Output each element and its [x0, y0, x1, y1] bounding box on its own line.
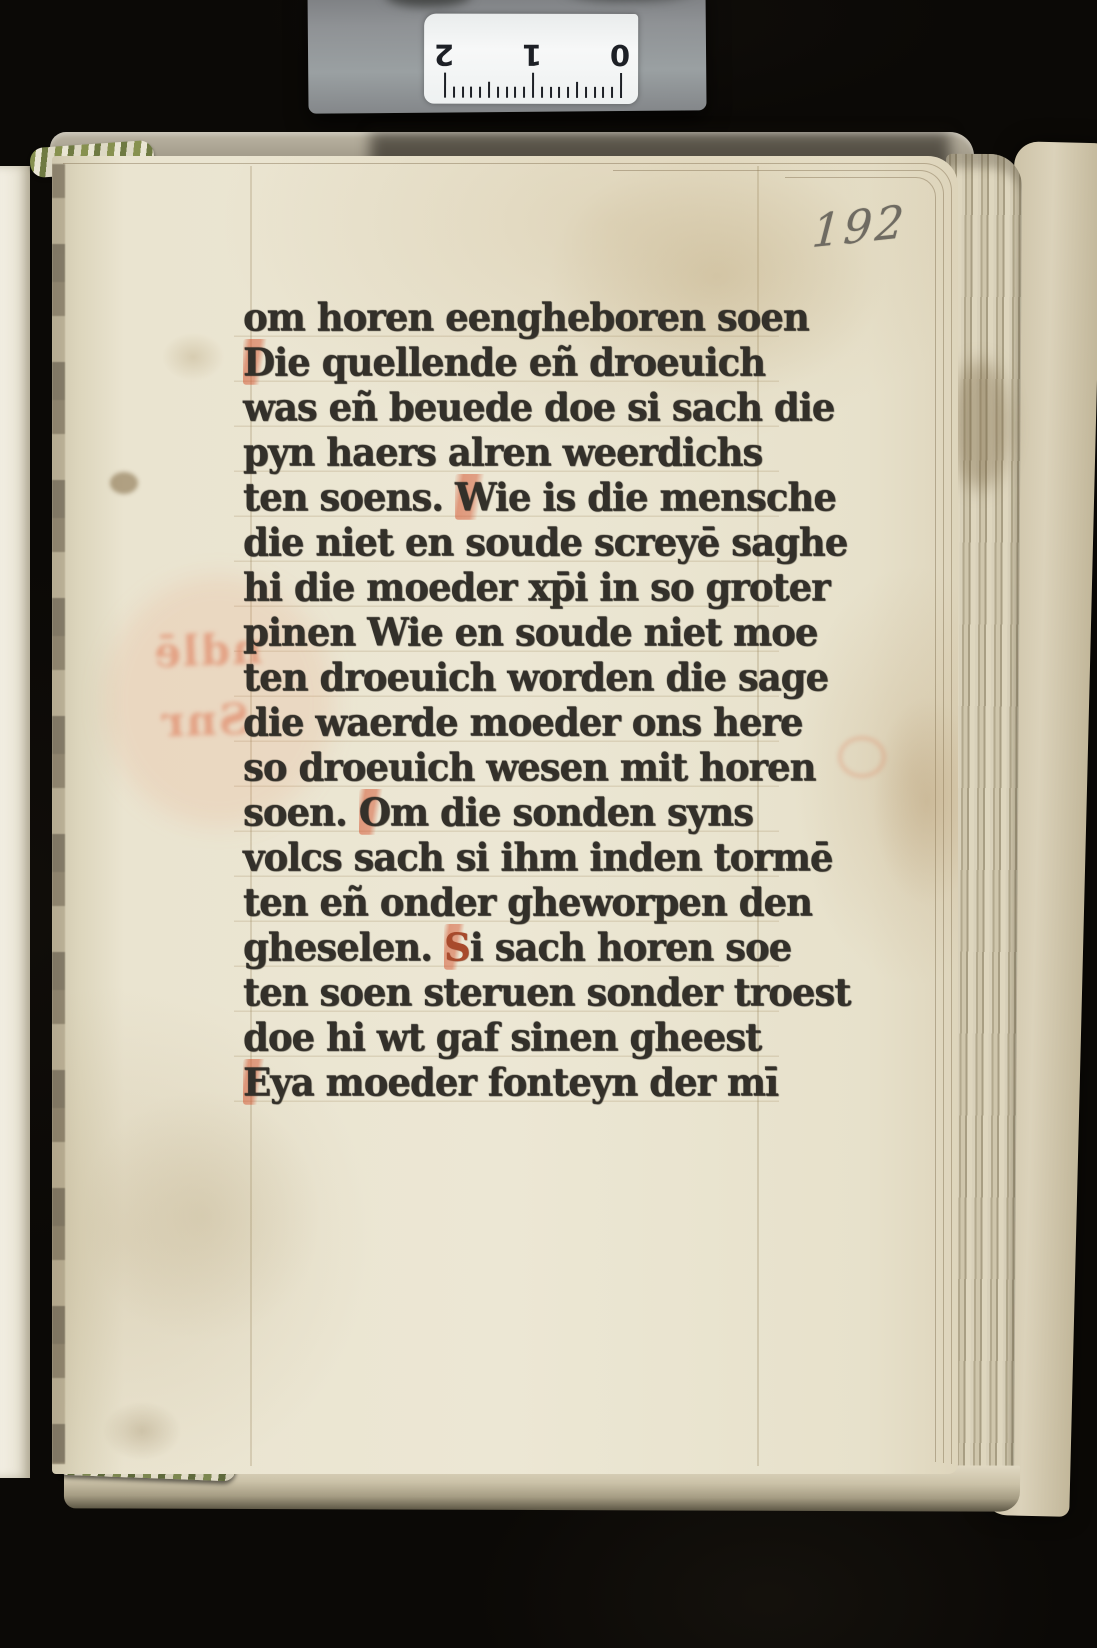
- pencil-folio-number: 192: [810, 195, 908, 259]
- ruler-number: 1: [522, 38, 542, 72]
- ruler-tick: [462, 87, 464, 98]
- ruler-tick: [611, 87, 613, 98]
- manuscript-line: so droeuich wesen mit horen: [243, 744, 783, 791]
- manuscript-line: ten eñ onder gheworpen den: [243, 879, 783, 926]
- line-text: gheselen.: [243, 924, 444, 970]
- card-shadow-smudge: [385, 0, 471, 7]
- ruler-tick: [444, 73, 446, 98]
- line-text: ie quellende eñ droeuich: [274, 339, 765, 385]
- ruler-tick: [576, 82, 578, 98]
- manuscript-line: was eñ beuede doe si sach die: [243, 384, 783, 431]
- line-text: ten eñ onder gheworpen den: [243, 879, 812, 925]
- fore-edge-stain: [950, 360, 1010, 490]
- rubricated-initial: D: [243, 339, 274, 385]
- manuscript-line: Die quellende eñ droeuich: [243, 339, 783, 386]
- manuscript-line: hi die moeder xp̄i in so groter: [243, 564, 783, 611]
- ruler-tick: [558, 87, 560, 98]
- manuscript-line: soen. Om die sonden syns: [243, 789, 783, 836]
- dirt-speckles: [82, 1386, 202, 1474]
- ruler-tick: [550, 87, 552, 98]
- line-text: ten soen steruen sonder troest: [243, 969, 850, 1015]
- ruler-tick: [585, 87, 587, 98]
- manuscript-photo: 012 ndlē Snr 192 om horen eengheboren so…: [0, 0, 1097, 1648]
- ruler-tick: [620, 73, 622, 98]
- manuscript-line: die niet en soude screyē saghe: [243, 519, 783, 566]
- line-text: pinen Wie en soude niet moe: [243, 609, 817, 655]
- line-text: soen.: [243, 789, 359, 835]
- ink-spot: [110, 472, 138, 494]
- manuscript-line: gheselen. Si sach horen soe: [243, 924, 783, 971]
- line-text: doe hi wt gaf sinen gheest: [243, 1014, 761, 1060]
- ruler-tick: [506, 87, 508, 98]
- facing-page-sliver: [0, 166, 30, 1478]
- ruler-tick: [497, 87, 499, 98]
- manuscript-line: ten soen steruen sonder troest: [243, 969, 783, 1016]
- ruler-number: 0: [610, 38, 630, 72]
- manuscript-line: Eya moeder fonteyn der mī: [243, 1059, 783, 1106]
- scale-card: 012: [307, 0, 706, 114]
- manuscript-line: pyn haers alren weerdichs: [243, 429, 783, 476]
- line-text: die waerde moeder ons here: [243, 699, 802, 745]
- line-text: was eñ beuede doe si sach die: [243, 384, 834, 430]
- ruler-tick: [523, 87, 525, 98]
- red-offset-ghost-text: Snr: [159, 694, 250, 746]
- ruler-tick: [532, 73, 534, 98]
- manuscript-line: pinen Wie en soude niet moe: [243, 609, 783, 656]
- ruler-tick: [453, 87, 455, 98]
- manuscript-text-block: om horen eengheboren soenDie quellende e…: [243, 294, 783, 1104]
- ruler-tick: [602, 87, 604, 98]
- ruler-tick-area: 012: [424, 14, 638, 104]
- line-text: so droeuich wesen mit horen: [243, 744, 815, 790]
- ruler-tick: [470, 87, 472, 98]
- line-text: m die sonden syns: [390, 789, 753, 835]
- ruler-tick: [488, 82, 490, 98]
- ruler-tick: [594, 87, 596, 98]
- ruler-tick: [567, 87, 569, 98]
- line-text: om horen eengheboren soen: [243, 294, 809, 340]
- manuscript-line: ten droeuich worden die sage: [243, 654, 783, 701]
- manuscript-line: doe hi wt gaf sinen gheest: [243, 1014, 783, 1061]
- manuscript-line: volcs sach si ihm inden tormē: [243, 834, 783, 881]
- line-text: volcs sach si ihm inden tormē: [243, 834, 832, 880]
- line-text: i sach horen soe: [470, 924, 792, 970]
- manuscript-line: ten soens. Wie is die mensche: [243, 474, 783, 521]
- water-stain: [148, 322, 238, 392]
- line-text: ten droeuich worden die sage: [243, 654, 828, 700]
- ruler-number: 2: [434, 38, 454, 72]
- red-offset-mark: [838, 736, 886, 778]
- parchment-page: ndlē Snr 192 om horen eengheboren soenDi…: [52, 156, 958, 1474]
- line-text: pyn haers alren weerdichs: [243, 429, 762, 475]
- line-text: die niet en soude screyē saghe: [243, 519, 847, 565]
- rubricated-initial: O: [359, 789, 390, 835]
- line-text: ya moeder fonteyn der mī: [270, 1059, 778, 1105]
- line-text: hi die moeder xp̄i in so groter: [243, 564, 830, 610]
- manuscript-line: om horen eengheboren soen: [243, 294, 783, 341]
- ruler-tick: [514, 87, 516, 98]
- rubricated-initial: W: [455, 474, 495, 520]
- manuscript-line: die waerde moeder ons here: [243, 699, 783, 746]
- line-text: ten soens.: [243, 474, 455, 520]
- ruler-tick: [479, 87, 481, 98]
- line-text: ie is die mensche: [495, 474, 836, 520]
- rubricated-initial: E: [243, 1059, 270, 1105]
- cm-ruler-sticker: 012: [424, 14, 638, 104]
- ruler-tick: [541, 87, 543, 98]
- rubricated-initial: S: [444, 924, 470, 970]
